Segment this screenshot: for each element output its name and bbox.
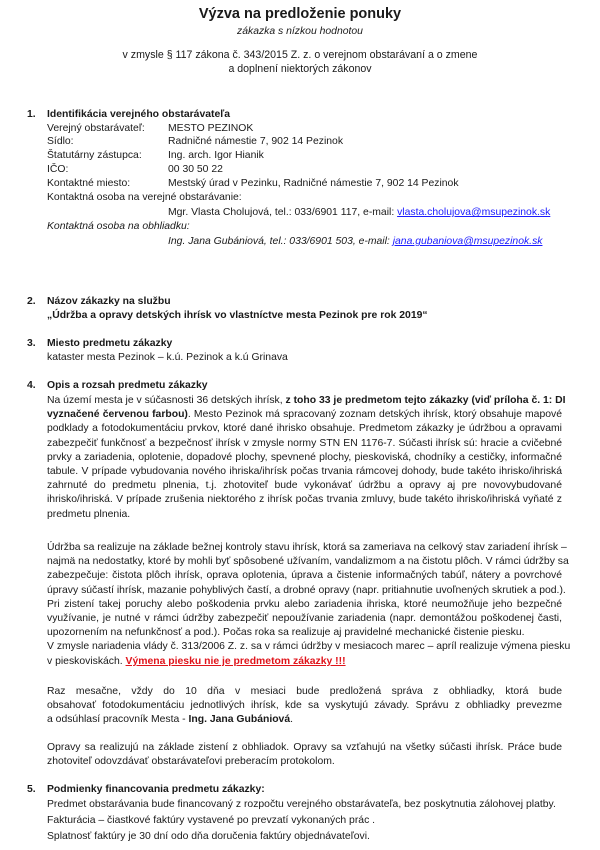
document-title: Výzva na predloženie ponuky <box>0 6 600 22</box>
text-line: najmä na nedostatky, ktoré by mohli byť … <box>47 555 562 569</box>
section-4-heading: Opis a rozsah predmetu zákazky <box>47 380 208 391</box>
text-line: Na území mesta je v súčasnosti 36 detský… <box>47 394 562 408</box>
description-paragraph-1: Na území mesta je v súčasnosti 36 detský… <box>47 394 562 522</box>
financing-line-3: Splatnosť faktúry je 30 dní odo dňa doru… <box>47 831 370 842</box>
text-line: prvky a zariadenia, oplotenie, dopadové … <box>47 451 562 465</box>
procurement-contact-text: Mgr. Vlasta Cholujová, tel.: 033/6901 11… <box>168 207 397 218</box>
contracting-authority-label: Verejný obstarávateľ: <box>47 123 145 134</box>
text-line: Údržba sa realizuje na základe bežnej ko… <box>47 541 562 555</box>
section-3-heading: Miesto predmetu zákazky <box>47 338 172 349</box>
statutory-representative-label: Štatutárny zástupca: <box>47 150 142 161</box>
text-line: tabule. V prípade vybudovania nového ihr… <box>47 465 562 479</box>
text-line: V zmysle nariadenia vlády č. 313/2006 Z.… <box>47 640 562 654</box>
text-line: zabezpečuje: čistota plôch ihrísk, oprav… <box>47 569 562 583</box>
text-line: využívanie, je nutné v rámci údržby zabe… <box>47 612 562 626</box>
text-line: predmetu plnenia. <box>47 508 562 522</box>
section-3-number: 3. <box>27 338 36 349</box>
contact-place-label: Kontaktné miesto: <box>47 178 130 189</box>
section-5-number: 5. <box>27 784 36 795</box>
statutory-representative-value: Ing. arch. Igor Hianik <box>168 150 264 161</box>
text-line: zahrnuté do predmetu plnenia, t.j. zhoto… <box>47 479 562 493</box>
text-line: ihrisko/ihriská. V prípade zrušenia niek… <box>47 493 562 507</box>
section-2-number: 2. <box>27 296 36 307</box>
procurement-contact-value: Mgr. Vlasta Cholujová, tel.: 033/6901 11… <box>168 207 550 218</box>
procurement-contact-email-link[interactable]: vlasta.cholujova@msupezinok.sk <box>397 207 550 218</box>
text-line: vyznačené červenou farbou). Mesto Pezino… <box>47 408 562 422</box>
law-reference-line-2: a doplnení niektorých zákonov <box>0 63 600 75</box>
ico-label: IČO: <box>47 164 68 175</box>
section-1-heading: Identifikácia verejného obstarávateľa <box>47 109 230 120</box>
text-line: v pieskoviskách. Výmena piesku nie je pr… <box>47 655 562 669</box>
description-paragraph-2: Údržba sa realizuje na základe bežnej ko… <box>47 541 562 669</box>
inspection-contact-email-link[interactable]: jana.gubaniova@msupezinok.sk <box>393 236 543 247</box>
contact-place-value: Mestský úrad v Pezinku, Radničné námesti… <box>168 178 459 189</box>
inspection-contact-text: Ing. Jana Gubániová, tel.: 033/6901 503,… <box>168 236 393 247</box>
text-line: obsahovať fotodokumentáciu jednotlivých … <box>47 699 562 713</box>
financing-line-1: Predmet obstarávania bude financovaný z … <box>47 799 556 810</box>
section-2-heading: Názov zákazky na službu <box>47 296 171 307</box>
text-line: zabezpečiť funkčnosť a bezpečnosť ihrísk… <box>47 437 562 451</box>
text-line: a odsúhlasí pracovník Mesta - Ing. Jana … <box>47 713 562 727</box>
procurement-contact-label: Kontaktná osoba na verejné obstarávanie: <box>47 192 242 203</box>
section-4-number: 4. <box>27 380 36 391</box>
sand-replacement-warning: Výmena piesku nie je predmetom zákazky !… <box>126 656 346 667</box>
contract-location: kataster mesta Pezinok – k.ú. Pezinok a … <box>47 352 288 363</box>
document-subtitle: zákazka s nízkou hodnotou <box>0 26 600 37</box>
seat-value: Radničné námestie 7, 902 14 Pezinok <box>168 136 343 147</box>
description-paragraph-4: Opravy sa realizujú na základe zistení z… <box>47 741 562 769</box>
text-line: Raz mesačne, vždy do 10 dňa v mesiaci bu… <box>47 685 562 699</box>
description-paragraph-3: Raz mesačne, vždy do 10 dňa v mesiaci bu… <box>47 685 562 728</box>
text-line: Opravy sa realizujú na základe zistení z… <box>47 741 562 755</box>
financing-line-2: Fakturácia – čiastkové faktúry vystavené… <box>47 815 375 826</box>
inspection-contact-label: Kontaktná osoba na obhliadku: <box>47 221 190 232</box>
seat-label: Sídlo: <box>47 136 74 147</box>
text-line: zhotoviteľ odovzdávať obstarávateľovi pr… <box>47 755 562 769</box>
text-line: podklady a fotodokumentáciu prvkov, ktor… <box>47 422 562 436</box>
ico-value: 00 30 50 22 <box>168 164 223 175</box>
text-line: Pri zistení takej poruchy alebo poškoden… <box>47 598 562 612</box>
text-line: upozornením na nefunkčnosť a pod.). Poča… <box>47 626 562 640</box>
inspection-contact-value: Ing. Jana Gubániová, tel.: 033/6901 503,… <box>168 236 542 247</box>
section-5-heading: Podmienky financovania predmetu zákazky: <box>47 784 265 795</box>
contract-name: „Údržba a opravy detských ihrísk vo vlas… <box>47 310 428 321</box>
section-1-number: 1. <box>27 109 36 120</box>
text-line: úpravy súčastí ihrísk, mazanie pohyblivý… <box>47 584 562 598</box>
law-reference-line-1: v zmysle § 117 zákona č. 343/2015 Z. z. … <box>0 49 600 61</box>
contracting-authority-value: MESTO PEZINOK <box>168 123 253 134</box>
